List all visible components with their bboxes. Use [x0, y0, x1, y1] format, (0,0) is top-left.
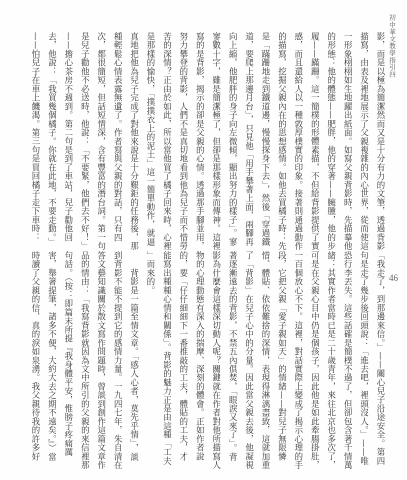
text-column: 的描寫，挖掘父親內在的思想感情。如他去買橘子時：先	[277, 32, 287, 251]
text-column: 恐行李丟失。這些話確是簡樸不過了，但卻包含著千情萬	[343, 251, 353, 470]
text-column: 真地把他為兒子完成了對他來說是十分艱鉅的任務後，那	[130, 32, 140, 251]
text-column: 是「蹣跚地走到鐵道邊，慢慢探身下去」，然後「穿過鐵	[261, 32, 271, 246]
text-column: 影為什麼會這樣深切動人呢？關鍵就在作者對他所描寫人	[212, 251, 222, 470]
text-column: 害，舉箸提筆，諸多不便，大約大去之期不遠矣。』）當	[47, 251, 57, 461]
text-column: 影，而是以極為簡潔然而又是十分有力的文筆，透過背影	[376, 32, 386, 251]
text-column: 了「背影」在兒子心中的分量。因此當父親去後，他凝視	[245, 251, 255, 470]
text-column: 的，要「仔仔細細下一番推敲的工夫，體貼的工夫，才	[179, 251, 189, 461]
text-column: 是那樣的愉快，「撲撲衣上的泥土」這一簡單動作，就逼	[146, 32, 156, 246]
text-column: 可是在父親心目中仍是個孩子，因此他是如此牽腸掛肚，	[310, 251, 320, 470]
text-column: 的形態：他的體態——肥胖，他的穿著——臃腫，他的步	[327, 32, 337, 250]
text-column: 」而來的。	[146, 251, 156, 295]
text-column: 到背影不能不提到它的感情力量。一九四七年，朱自清在	[113, 251, 123, 470]
text-column: ——擔心茶房不週到。第二句是到了車站，兒子勸他回	[64, 32, 74, 242]
book-page: 初中華文教學指引四 46 影，而是以極為簡潔然而又是十分有力的文筆，透過背影描寫…	[0, 0, 407, 480]
text-column: 努力攀登的背影，人們不是真切地看到他為兒子而不惜勞	[179, 32, 189, 251]
text-column: 句話。（按：即篇末所提『我身體平安，惟膀子疼痛厲	[64, 251, 74, 457]
text-column: 次，都很簡短，但話短情深，含有豐富的潛台詞。第一句	[97, 32, 107, 251]
text-column: 道，要爬上那邊月台」，只見他「用手攀著上面，兩腳再	[245, 32, 255, 246]
text-column: 「我走了，到那邊來信。」——關心兒子沿途安全。第四	[376, 251, 386, 465]
text-column: 惜、體貼、依依難捨的深情，表現得淋漓盡致，這就加重	[261, 251, 271, 470]
text-column: 物的心理動態有深入的揣摩、深刻的體會。正如作者說	[195, 251, 205, 461]
text-column: 向上縮，他肥胖的身子向左微傾，顯出努力的樣子」。寥	[228, 32, 238, 246]
text-column: ——怕兒子在車上饑渴。第三句是買回橘子走下車時：	[31, 32, 41, 242]
text-column: 一百個放心不下。這裡，對話實際上變成了揭示心理的手	[294, 251, 304, 470]
text-column: 段，它把父親「愛子親如天」的情緒——對兒子無限憐	[277, 251, 287, 461]
text-column: 履——蹣跚。這一簡樸的形體素描，不但給背影提供了實	[310, 32, 320, 250]
text-column: 時讀了父親的信，真的淚如泉湧。我父親待我的許多好	[31, 251, 41, 461]
text-column: 答文藝知識關於散文寫作問題時，曾談到創作這篇文章作	[97, 251, 107, 470]
text-column: 寫的是背影，揭示的卻是父親的心情。透過那手腳並用，	[195, 32, 205, 251]
text-column: 苦的深情？正由於如此，所以當他買了橘子回來時，心裡	[162, 32, 172, 251]
text-column: 去，他說：「我買幾個橘子。你就在此地，不要走動。」	[47, 32, 57, 246]
lower-text-block: 「我走了，到那邊來信。」——關心兒子沿途安全。第四句是走了幾步後回頭說：「進去吧…	[0, 251, 407, 466]
text-column: 著逐漸遠去的背影，不禁五內俱焚，「眼淚又來了」。背	[228, 251, 238, 461]
text-column: 品的情由：「我寫背影就因為文中所引的父親的來信裡那	[80, 251, 90, 470]
text-column: 描寫，由表及裡地展示了父親複雜的內心世界，從而使這	[360, 32, 370, 251]
upper-text-block: 影，而是以極為簡潔然而又是十分有力的文筆，透過背影描寫，由表及裡地展示了父親複雜…	[0, 32, 407, 247]
text-column: 種輕鬆心情表露無遺了。作者寫與父親的對話，只有四	[113, 32, 123, 242]
text-column: 能寫出種種心情和關係」。背影的魅力正是由這種「工夫	[162, 251, 172, 465]
text-column: 背影是一篇至情文章。「感人心者，莫先乎情」，談	[130, 251, 140, 461]
text-column: 緒：其實作者當時已是二十歲青年，來往北京也多次了，	[327, 251, 337, 470]
text-column: 寥數十字，雖是簡潔極了，但卻是那樣形象而傳神。這裡	[212, 32, 222, 251]
text-column: 句是走了幾步後回頭說：「進去吧，裡頭沒人。」——唯	[360, 251, 370, 465]
text-column: 感，而且還給人以一種敦厚樸實的印象。接著則通過動作	[294, 32, 304, 251]
text-column: 一形象栩栩如生地躍出紙面。如寫父親背影時，先描摹他	[343, 32, 353, 251]
text-column: 是兒子勸他不必送時，他說：「不要緊，他們去不好！」	[80, 32, 90, 251]
